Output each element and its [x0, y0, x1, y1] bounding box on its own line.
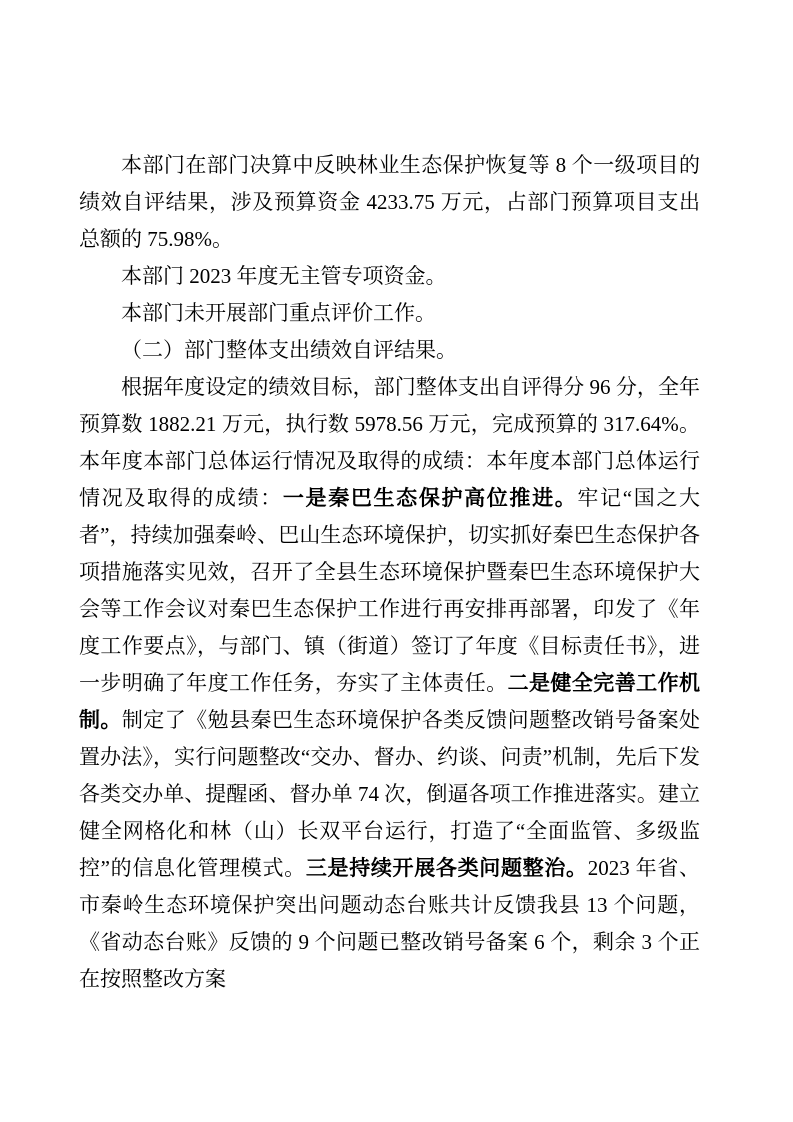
bold-subheading-third: 三是持续开展各类问题整治。: [306, 856, 588, 880]
paragraph-overall-expenditure: 根据年度设定的绩效目标，部门整体支出自评得分 96 分，全年预算数 1882.2…: [79, 369, 700, 998]
text-run: 本部门未开展部门重点评价工作。: [121, 301, 436, 325]
text-run: 牢记“国之大者”，持续加强秦岭、巴山生态环境保护，切实抓好秦巴生态保护各项措施落…: [79, 486, 700, 695]
text-run: 本部门在部门决算中反映林业生态保护恢复等 8 个一级项目的绩效自评结果，涉及预算…: [79, 153, 700, 251]
paragraph-no-special-funds: 本部门 2023 年度无主管专项资金。: [79, 258, 700, 295]
document-page: 本部门在部门决算中反映林业生态保护恢复等 8 个一级项目的绩效自评结果，涉及预算…: [0, 0, 793, 1122]
section-heading-text: （二）部门整体支出绩效自评结果。: [121, 338, 457, 362]
text-run: 本部门 2023 年度无主管专项资金。: [121, 264, 447, 288]
text-run: 制定了《勉县秦巴生态环境保护各类反馈问题整改销号备案处置办法》，实行问题整改“交…: [79, 708, 700, 880]
document-body: 本部门在部门决算中反映林业生态保护恢复等 8 个一级项目的绩效自评结果，涉及预算…: [79, 147, 700, 998]
bold-subheading-first: 一是秦巴生态保护高位推进。: [283, 486, 578, 510]
paragraph-no-key-evaluation: 本部门未开展部门重点评价工作。: [79, 295, 700, 332]
paragraph-project-self-evaluation: 本部门在部门决算中反映林业生态保护恢复等 8 个一级项目的绩效自评结果，涉及预算…: [79, 147, 700, 258]
paragraph-section-heading: （二）部门整体支出绩效自评结果。: [79, 332, 700, 369]
